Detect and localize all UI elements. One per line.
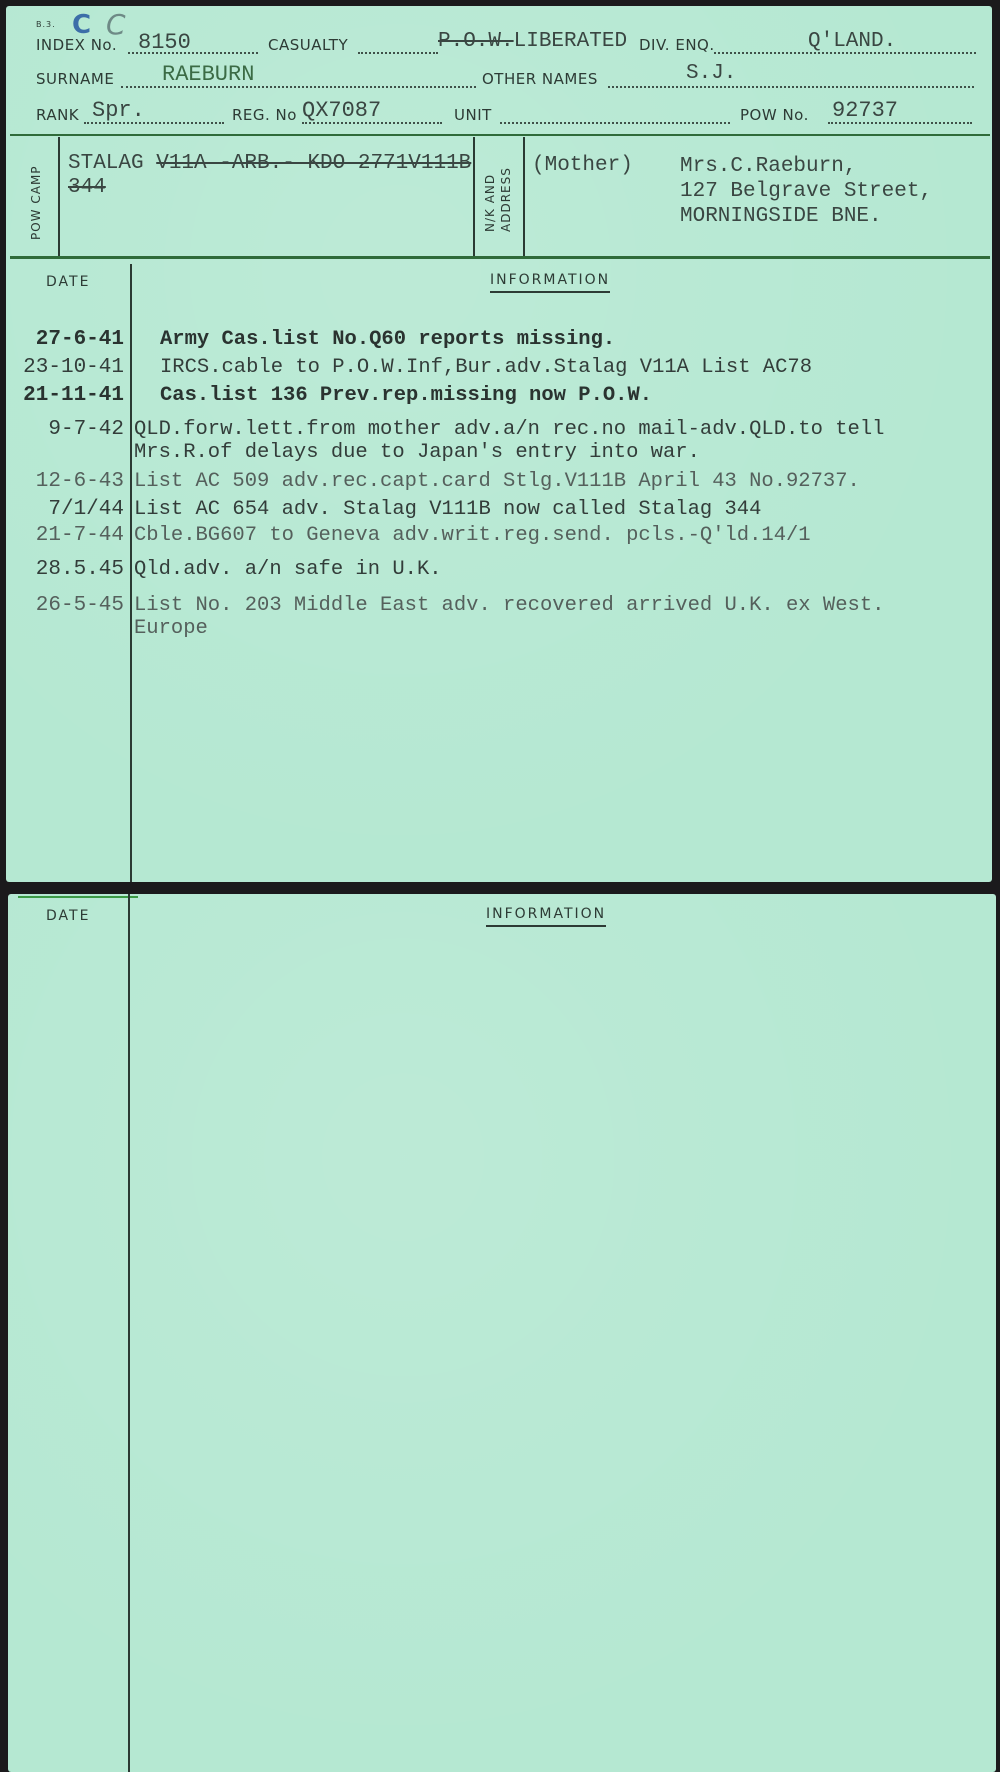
entry-text-line: List No. 203 Middle East adv. recovered …: [134, 594, 884, 617]
header-divider: [10, 134, 990, 136]
nk-address-label-2: ADDRESS: [500, 167, 513, 232]
pow-camp-value: STALAG V11A -ARB.- KDO 2771V111B 344: [68, 152, 471, 200]
index-no-value: 8150: [138, 30, 191, 55]
entry-date: 27-6-41: [6, 328, 124, 351]
reg-no-value: QX7087: [302, 98, 381, 123]
back-information-column-header: INFORMATION: [486, 906, 606, 927]
entry-text-line: Mrs.R.of delays due to Japan's entry int…: [134, 441, 884, 464]
casualty-value: P.O.W.LIBERATED: [438, 30, 627, 53]
nk-address: Mrs.C.Raeburn, 127 Belgrave Street, MORN…: [680, 154, 932, 229]
other-names-label: OTHER NAMES: [482, 70, 598, 88]
entry-text: Cble.BG607 to Geneva adv.writ.reg.send. …: [134, 524, 811, 547]
section-divider: [10, 256, 990, 259]
entry-text: Qld.adv. a/n safe in U.K.: [134, 558, 442, 581]
other-names-value: S.J.: [686, 62, 736, 85]
date-column-header: DATE: [46, 274, 90, 290]
surname-label: SURNAME: [36, 70, 114, 88]
entry-text-line: QLD.forw.lett.from mother adv.a/n rec.no…: [134, 418, 884, 441]
entry-date: 21-7-44: [6, 524, 124, 547]
surname-value: RAEBURN: [162, 62, 254, 87]
entry-date: 21-11-41: [6, 384, 124, 407]
entry-date: 9-7-42: [6, 418, 124, 441]
unit-label: UNIT: [454, 106, 492, 124]
div-enq-value: Q'LAND.: [808, 30, 896, 53]
record-card-front: B.3. C C INDEX No. 8150 CASUALTY P.O.W.L…: [6, 6, 992, 882]
pow-camp-label: POW CAMP: [30, 165, 43, 240]
entry-text-line: Cble.BG607 to Geneva adv.writ.reg.send. …: [134, 524, 811, 547]
nk-address-label-1: N/K AND: [484, 174, 497, 232]
reg-no-label: REG. No: [232, 106, 297, 124]
entry-text: List AC 654 adv. Stalag V111B now called…: [134, 498, 761, 521]
entry-date: 23-10-41: [6, 356, 124, 379]
date-column-divider: [130, 264, 132, 882]
entry-date: 26-5-45: [6, 594, 124, 617]
entry-text-line: Cas.list 136 Prev.rep.missing now P.O.W.: [160, 384, 652, 407]
entry-text-line: Army Cas.list No.Q60 reports missing.: [160, 328, 615, 351]
index-no-label: INDEX No.: [36, 36, 117, 54]
record-card-back: DATE INFORMATION: [8, 894, 996, 1772]
pow-no-label: POW No.: [740, 106, 809, 124]
entry-text-line: IRCS.cable to P.O.W.Inf,Bur.adv.Stalag V…: [160, 356, 812, 379]
back-date-column-divider: [128, 894, 130, 1772]
entry-date: 7/1/44: [6, 498, 124, 521]
entry-text: List No. 203 Middle East adv. recovered …: [134, 594, 884, 640]
pow-no-value: 92737: [832, 98, 898, 123]
form-code: B.3.: [36, 20, 56, 29]
information-column-header: INFORMATION: [490, 272, 610, 293]
entry-text-line: List AC 654 adv. Stalag V111B now called…: [134, 498, 761, 521]
entry-text-line: Europe: [134, 617, 884, 640]
entry-text: IRCS.cable to P.O.W.Inf,Bur.adv.Stalag V…: [160, 356, 812, 379]
entry-text: Army Cas.list No.Q60 reports missing.: [160, 328, 615, 351]
nk-relation: (Mother): [532, 154, 633, 177]
entry-text: Cas.list 136 Prev.rep.missing now P.O.W.: [160, 384, 652, 407]
div-enq-label: DIV. ENQ.: [639, 36, 715, 54]
entry-text-line: List AC 509 adv.rec.capt.card Stlg.V111B…: [134, 470, 860, 493]
rank-value: Spr.: [92, 98, 145, 123]
casualty-label: CASUALTY: [268, 36, 348, 54]
entry-text-line: Qld.adv. a/n safe in U.K.: [134, 558, 442, 581]
back-date-column-header: DATE: [46, 908, 90, 924]
entry-date: 12-6-43: [6, 470, 124, 493]
entry-date: 28.5.45: [6, 558, 124, 581]
entry-text: QLD.forw.lett.from mother adv.a/n rec.no…: [134, 418, 884, 464]
rank-label: RANK: [36, 106, 79, 124]
entry-text: List AC 509 adv.rec.capt.card Stlg.V111B…: [134, 470, 860, 493]
